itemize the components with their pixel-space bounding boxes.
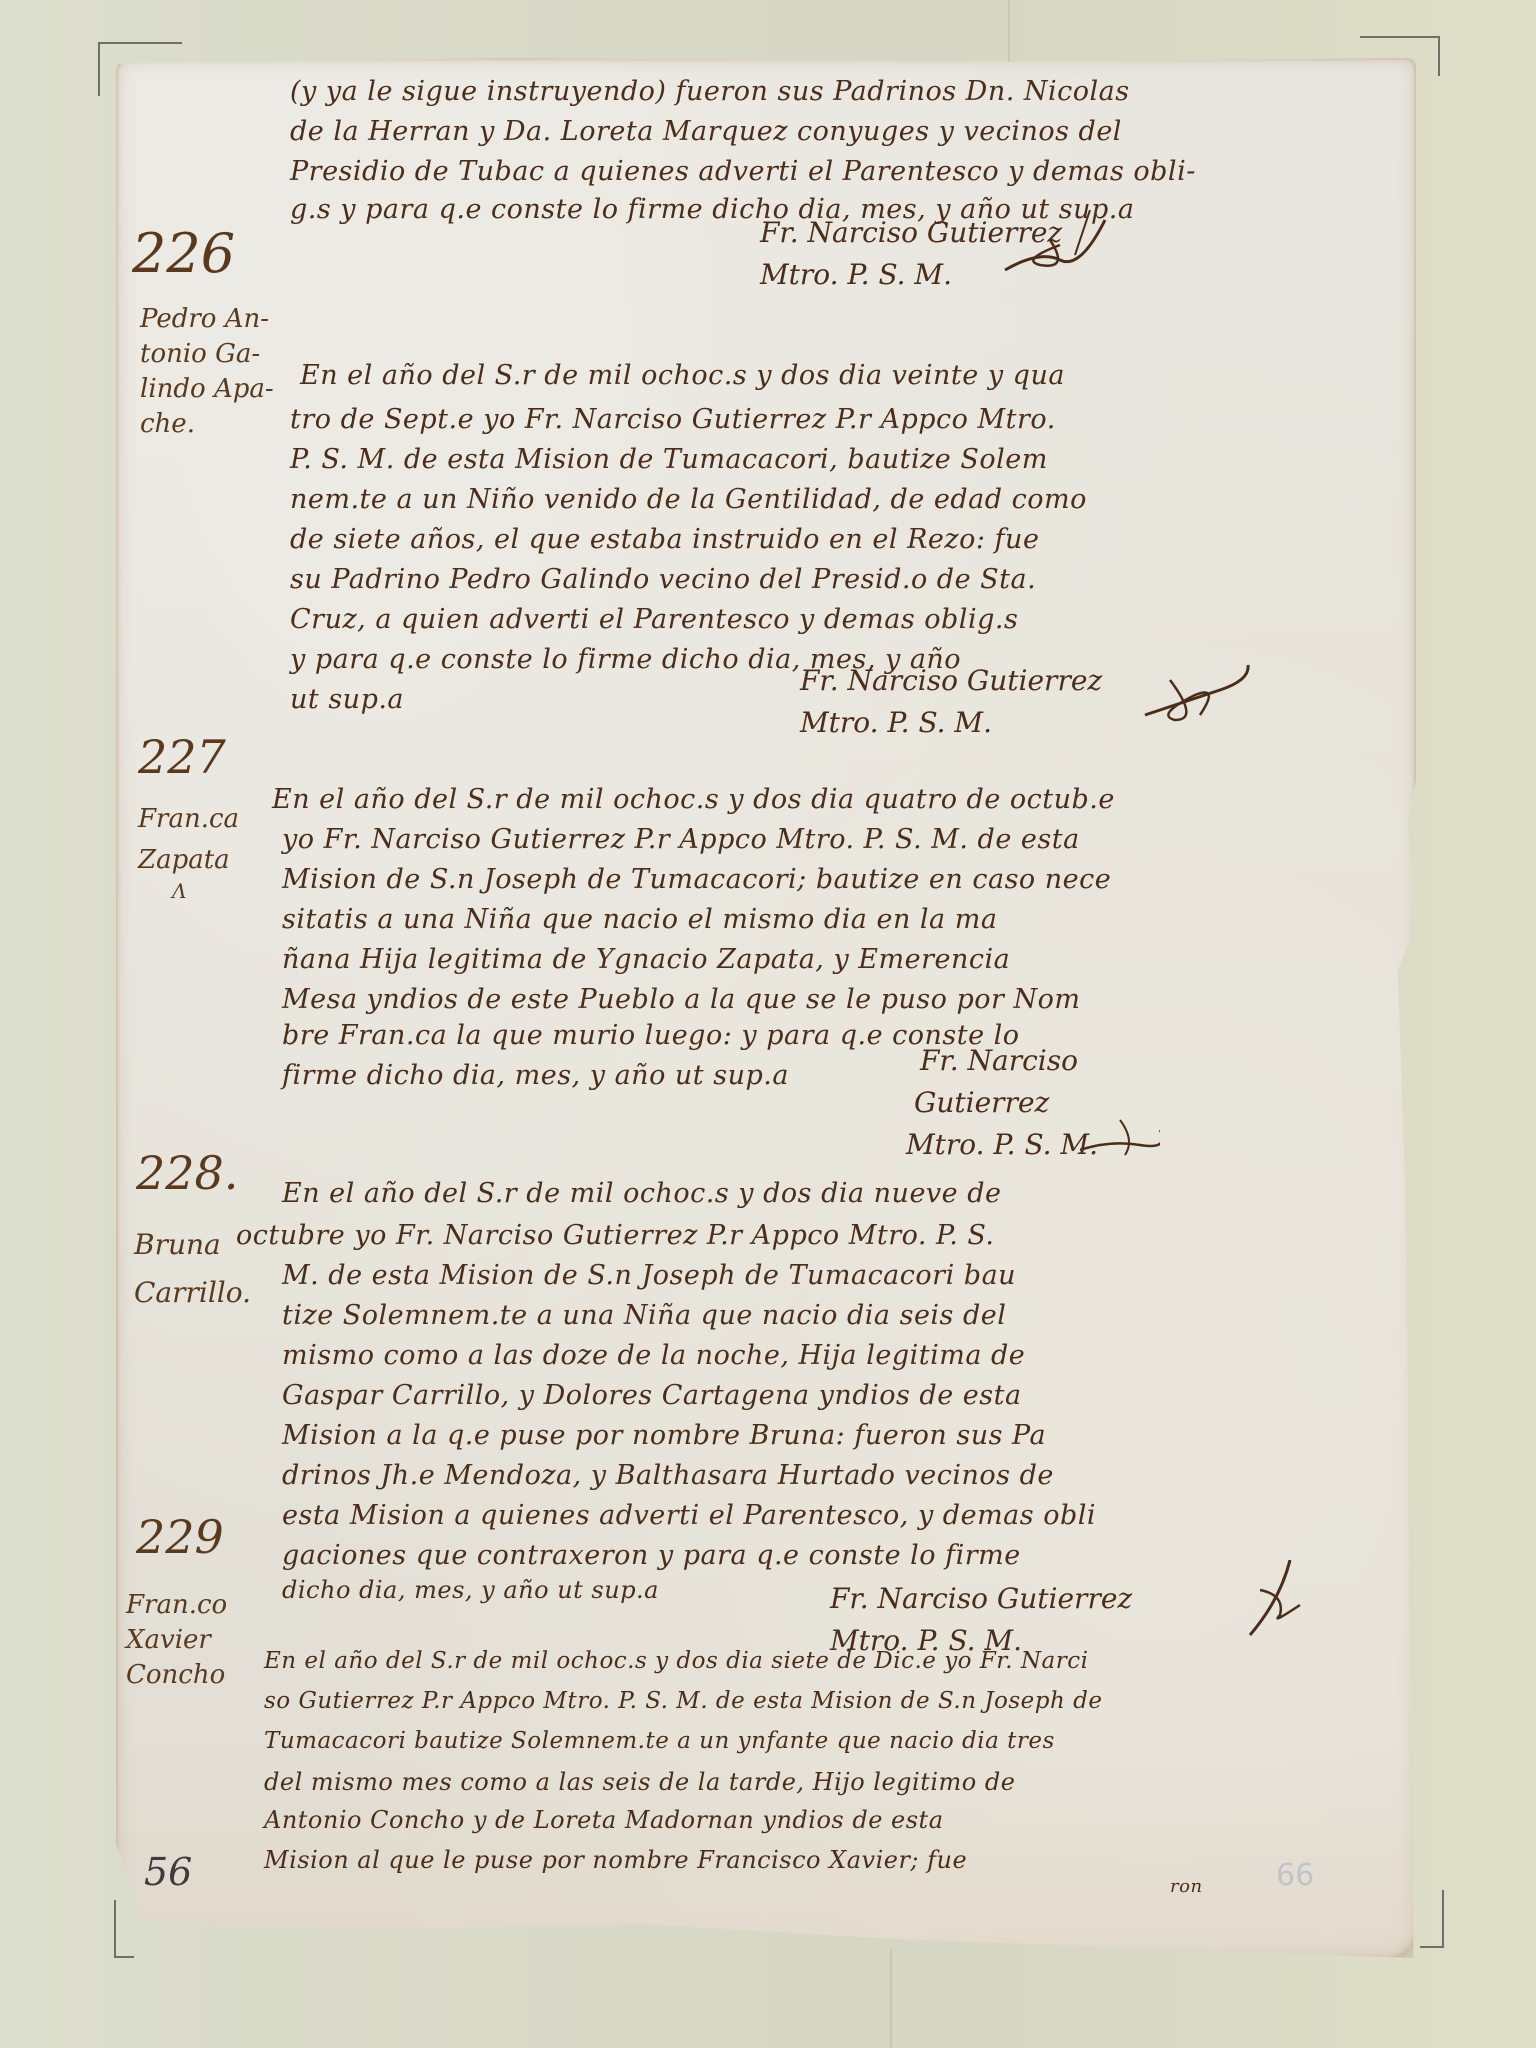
text-line: de la Herran y Da. Loreta Marquez conyug… [290, 118, 1122, 145]
text-line: esta Mision a quienes adverti el Parente… [282, 1502, 1096, 1529]
text-line: (y ya le sigue instruyendo) fueron sus P… [290, 78, 1130, 105]
text-line: su Padrino Pedro Galindo vecino del Pres… [290, 566, 1036, 593]
text-line: Antonio Concho y de Loreta Madornan yndi… [264, 1808, 944, 1832]
text-line: P. S. M. de esta Mision de Tumacacori, b… [290, 446, 1048, 473]
entry-number: 229 [136, 1510, 224, 1564]
margin-name-line: che. [140, 407, 274, 442]
margin-name: Pedro An- tonio Ga- lindo Apa- che. [140, 302, 274, 442]
margin-name: Fran.ca Zapata Ʌ [138, 802, 239, 905]
text-line: Tumacacori bautize Solemnem.te a un ynfa… [264, 1730, 1055, 1753]
text-line: Mision de S.n Joseph de Tumacacori; baut… [282, 866, 1111, 893]
mount-seam-vertical-bottom [890, 1950, 892, 2048]
text-line: Mision al que le puse por nombre Francis… [264, 1848, 967, 1872]
margin-name: Fran.co Xavier Concho [126, 1588, 227, 1693]
text-line: so Gutierrez P.r Appco Mtro. P. S. M. de… [264, 1690, 1102, 1713]
text-line: tize Solemnem.te a una Niña que nacio di… [282, 1302, 1006, 1329]
rubric-flourish-icon [1080, 1110, 1160, 1160]
margin-name-line: Pedro An- [140, 302, 274, 337]
text-line: En el año del S.r de mil ochoc.s y dos d… [264, 1650, 1088, 1673]
pencil-mark: 66 [1276, 1858, 1314, 1893]
text-line: M. de esta Mision de S.n Joseph de Tumac… [282, 1262, 1016, 1289]
margin-name-line: Carrillo. [134, 1274, 251, 1312]
text-line: yo Fr. Narciso Gutierrez P.r Appco Mtro.… [282, 826, 1080, 853]
text-line: Cruz, a quien adverti el Parentesco y de… [290, 606, 1018, 633]
text-line: del mismo mes como a las seis de la tard… [264, 1770, 1015, 1794]
signature: Fr. Narciso Gutierrez Mtro. P. S. M. [800, 660, 1102, 744]
text-line: En el año del S.r de mil ochoc.s y dos d… [282, 1180, 1002, 1207]
margin-name-line: lindo Apa- [140, 372, 274, 407]
corner-alignment-mark-bottom-left [114, 1900, 134, 1958]
text-line: bre Fran.ca la que murio luego: y para q… [282, 1022, 1020, 1049]
text-line: Mision a la q.e puse por nombre Bruna: f… [282, 1422, 1046, 1449]
margin-name-line: tonio Ga- [140, 337, 274, 372]
entry-number: 228. [136, 1146, 238, 1200]
rubric-flourish-icon [1140, 660, 1250, 730]
margin-name-line: Bruna [134, 1226, 251, 1264]
text-line: octubre yo Fr. Narciso Gutierrez P.r App… [236, 1222, 995, 1249]
text-line: de siete años, el que estaba instruido e… [290, 526, 1039, 553]
text-line: sitatis a una Niña que nacio el mismo di… [282, 906, 997, 933]
corner-alignment-mark-bottom-right [1420, 1890, 1444, 1948]
text-line: En el año del S.r de mil ochoc.s y dos d… [272, 786, 1115, 813]
text-line: Presidio de Tubac a quienes adverti el P… [290, 158, 1196, 185]
entry-number: 226 [132, 222, 235, 285]
text-line: drinos Jh.e Mendoza, y Balthasara Hurtad… [282, 1462, 1054, 1489]
text-line: Gaspar Carrillo, y Dolores Cartagena ynd… [282, 1382, 1022, 1409]
signature-title: Mtro. P. S. M. [800, 702, 1102, 744]
signature-title: Mtro. P. S. M. [906, 1124, 1098, 1166]
signature-name: Fr. Narciso Gutierrez [800, 660, 1102, 702]
text-line: firme dicho dia, mes, y año ut sup.a [282, 1062, 789, 1089]
text-line: ron [1170, 1878, 1203, 1896]
text-line: ut sup.a [290, 686, 404, 713]
text-line: gaciones que contraxeron y para q.e cons… [282, 1542, 1021, 1569]
signature-name: Fr. Narciso [920, 1040, 1098, 1082]
text-line: dicho dia, mes, y año ut sup.a [282, 1578, 659, 1602]
margin-name-line: Fran.ca [138, 802, 239, 837]
entry-number: 227 [138, 730, 226, 784]
mount-seam-vertical [1008, 0, 1010, 70]
margin-name-line: Xavier [126, 1623, 227, 1658]
margin-name-line: Concho [126, 1658, 227, 1693]
margin-name-line: Ʌ [138, 878, 239, 905]
rubric-flourish-icon [1000, 210, 1110, 280]
signature-name: Fr. Narciso Gutierrez [830, 1578, 1132, 1620]
signature-surname: Gutierrez [914, 1082, 1098, 1124]
margin-name: Bruna Carrillo. [134, 1226, 251, 1312]
text-line: Mesa yndios de este Pueblo a la que se l… [282, 986, 1081, 1013]
margin-name-line: Fran.co [126, 1588, 227, 1623]
rubric-flourish-icon [1230, 1560, 1310, 1640]
signature: Fr. Narciso Gutierrez Mtro. P. S. M. [920, 1040, 1098, 1166]
text-line: ñana Hija legitima de Ygnacio Zapata, y … [282, 946, 1010, 973]
margin-name-line: Zapata [138, 843, 239, 878]
text-line: nem.te a un Niño venido de la Gentilidad… [290, 486, 1087, 513]
text-line: mismo como a las doze de la noche, Hija … [282, 1342, 1025, 1369]
folio-number: 56 [144, 1850, 192, 1894]
text-line: En el año del S.r de mil ochoc.s y dos d… [300, 362, 1065, 389]
text-line: tro de Sept.e yo Fr. Narciso Gutierrez P… [290, 406, 1056, 433]
